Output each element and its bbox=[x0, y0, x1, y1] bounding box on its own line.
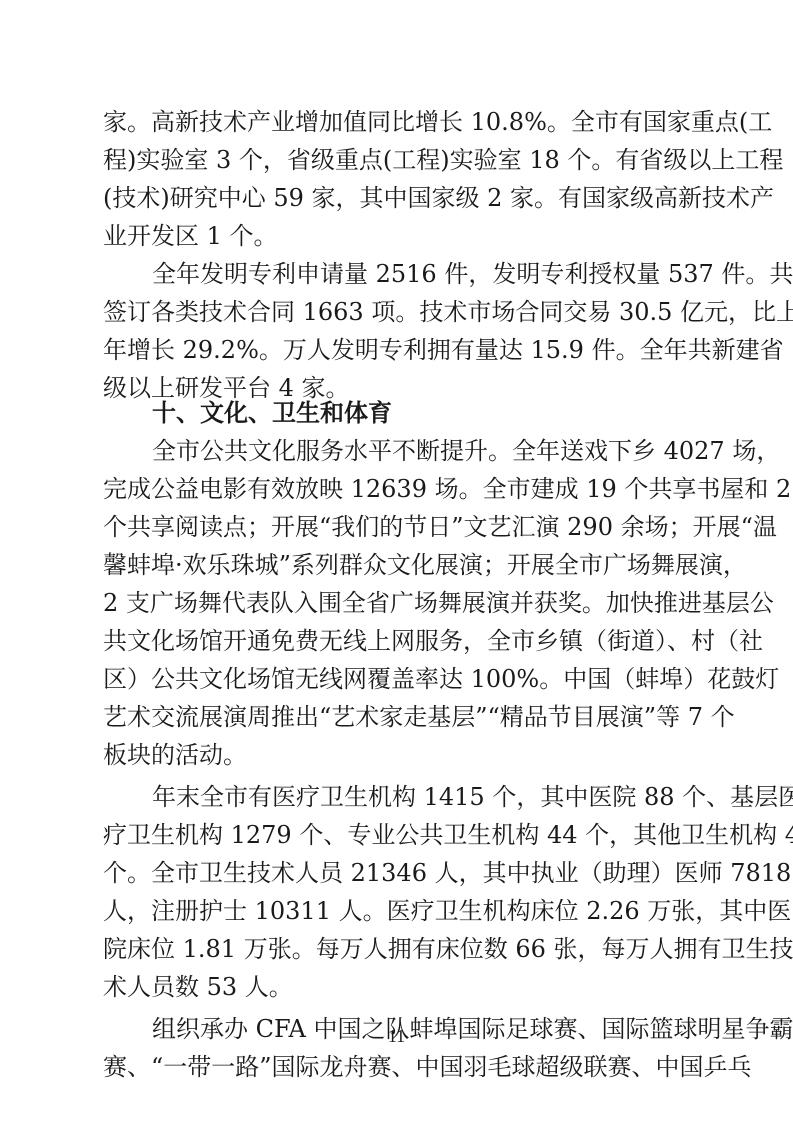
paragraph-line: (技术)研究中心 59 家，其中国家级 2 家。有国家级高新技术产 bbox=[103, 179, 689, 217]
paragraph-line: 赛、“一带一路”国际龙舟赛、中国羽毛球超级联赛、中国乒乓 bbox=[103, 1048, 689, 1086]
paragraph-line: 年增长 29.2%。万人发明专利拥有量达 15.9 件。全年共新建省 bbox=[103, 331, 689, 369]
paragraph-line: 年末全市有医疗卫生机构 1415 个，其中医院 88 个、基层医 bbox=[152, 778, 689, 816]
paragraph-line: 院床位 1.81 万张。每万人拥有床位数 66 张，每万人拥有卫生技 bbox=[103, 930, 689, 968]
paragraph-line: 疗卫生机构 1279 个、专业公共卫生机构 44 个，其他卫生机构 4 bbox=[103, 816, 689, 854]
paragraph-line: 馨蚌埠·欢乐珠城”系列群众文化展演；开展全市广场舞展演， bbox=[103, 546, 689, 584]
paragraph-line: 程)实验室 3 个，省级重点(工程)实验室 18 个。有省级以上工程 bbox=[103, 141, 689, 179]
paragraph-line: 人，注册护士 10311 人。医疗卫生机构床位 2.26 万张，其中医 bbox=[103, 892, 689, 930]
paragraph-line: 艺术交流展演周推出“艺术家走基层”“精品节目展演”等 7 个 bbox=[103, 698, 689, 736]
paragraph-line: 全年发明专利申请量 2516 件，发明专利授权量 537 件。共 bbox=[152, 255, 689, 293]
paragraph-line: 共文化场馆开通免费无线上网服务，全市乡镇（街道）、村（社 bbox=[103, 622, 689, 660]
paragraph-line: 全市公共文化服务水平不断提升。全年送戏下乡 4027 场， bbox=[152, 432, 689, 470]
paragraph-line: 个。全市卫生技术人员 21346 人，其中执业（助理）医师 7818 bbox=[103, 854, 689, 892]
paragraph-line: 板块的活动。 bbox=[103, 736, 689, 774]
document-page: 家。高新技术产业增加值同比增长 10.8%。全市有国家重点(工 程)实验室 3 … bbox=[0, 0, 793, 1122]
paragraph-line: 区）公共文化场馆无线网覆盖率达 100%。中国（蚌埠）花鼓灯 bbox=[103, 660, 689, 698]
paragraph-line: 2 支广场舞代表队入围全省广场舞展演并获奖。加快推进基层公 bbox=[103, 584, 689, 622]
paragraph-line: 业开发区 1 个。 bbox=[103, 217, 689, 255]
paragraph-line: 术人员数 53 人。 bbox=[103, 968, 689, 1006]
paragraph-line: 个共享阅读点；开展“我们的节日”文艺汇演 290 余场；开展“温 bbox=[103, 508, 689, 546]
paragraph-line: 家。高新技术产业增加值同比增长 10.8%。全市有国家重点(工 bbox=[103, 103, 689, 141]
paragraph-line: 签订各类技术合同 1663 项。技术市场合同交易 30.5 亿元，比上 bbox=[103, 293, 689, 331]
paragraph-line: 完成公益电影有效放映 12639 场。全市建成 19 个共享书屋和 21 bbox=[103, 470, 689, 508]
page-number: 11 bbox=[0, 1026, 793, 1047]
section-heading: 十、文化、卫生和体育 bbox=[152, 394, 392, 432]
